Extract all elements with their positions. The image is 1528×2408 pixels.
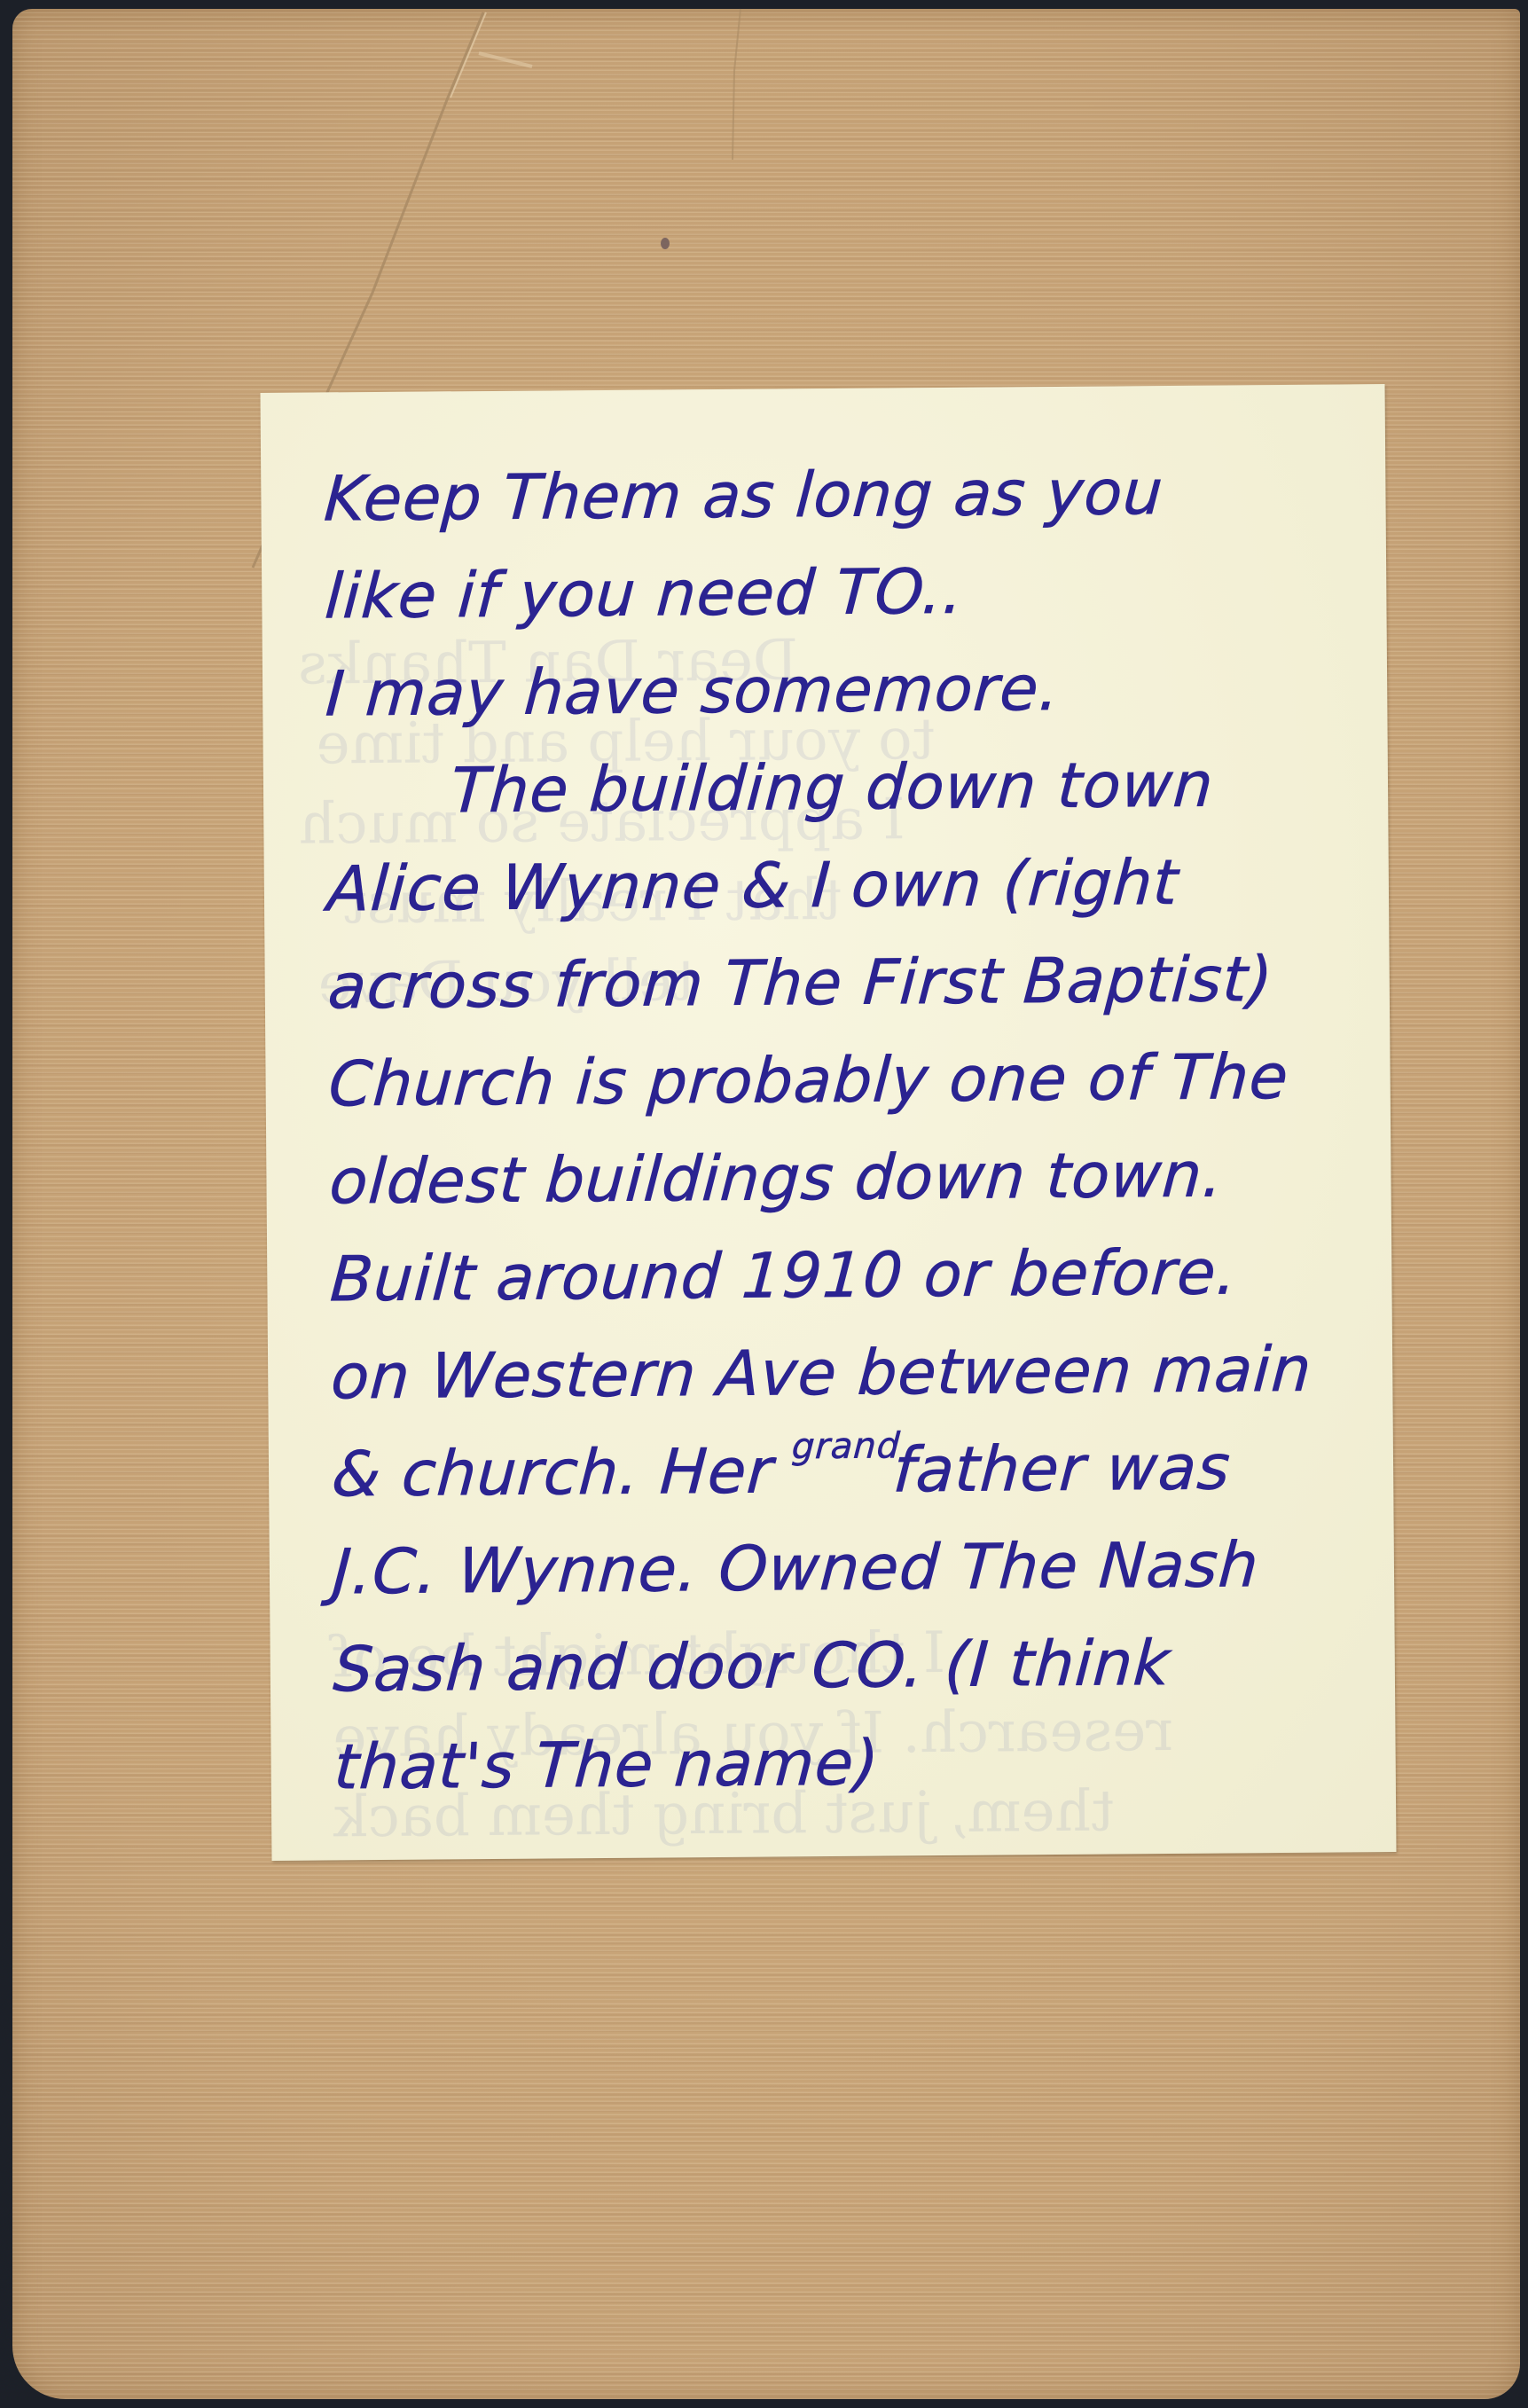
line-start: & church. Her [330,1434,796,1510]
ink-spot [661,238,670,249]
note-line: that's The name) [330,1728,1356,1833]
note-line: like if you need TO.. [321,557,1347,663]
note-line: across from The First Baptist) [325,947,1351,1053]
note-line: oldest buildings down town. [325,1142,1352,1248]
note-line: Sash and door CO. (I think [330,1630,1356,1736]
note-line: Alice Wynne & I own (right [324,850,1350,955]
note-line: J.C. Wynne. Owned The Nash [329,1533,1355,1638]
note-line: Built around 1910 or before. [326,1240,1352,1345]
line-end: father was [891,1431,1233,1506]
handwritten-note: Dear Dan Thanks to your help and time I … [261,384,1397,1861]
note-line: The building down town [323,752,1349,858]
note-line: I may have somemore. [322,655,1348,760]
note-line: Keep Them as long as you [320,459,1346,565]
note-line-with-insertion: & church. Her grandfather was [328,1435,1354,1541]
note-line: Church is probably one of The [325,1045,1351,1150]
scanned-document: Dear Dan Thanks to your help and time I … [0,0,1528,2408]
note-text: Keep Them as long as you like if you nee… [323,459,1353,1833]
inserted-word: grand [791,1425,902,1467]
